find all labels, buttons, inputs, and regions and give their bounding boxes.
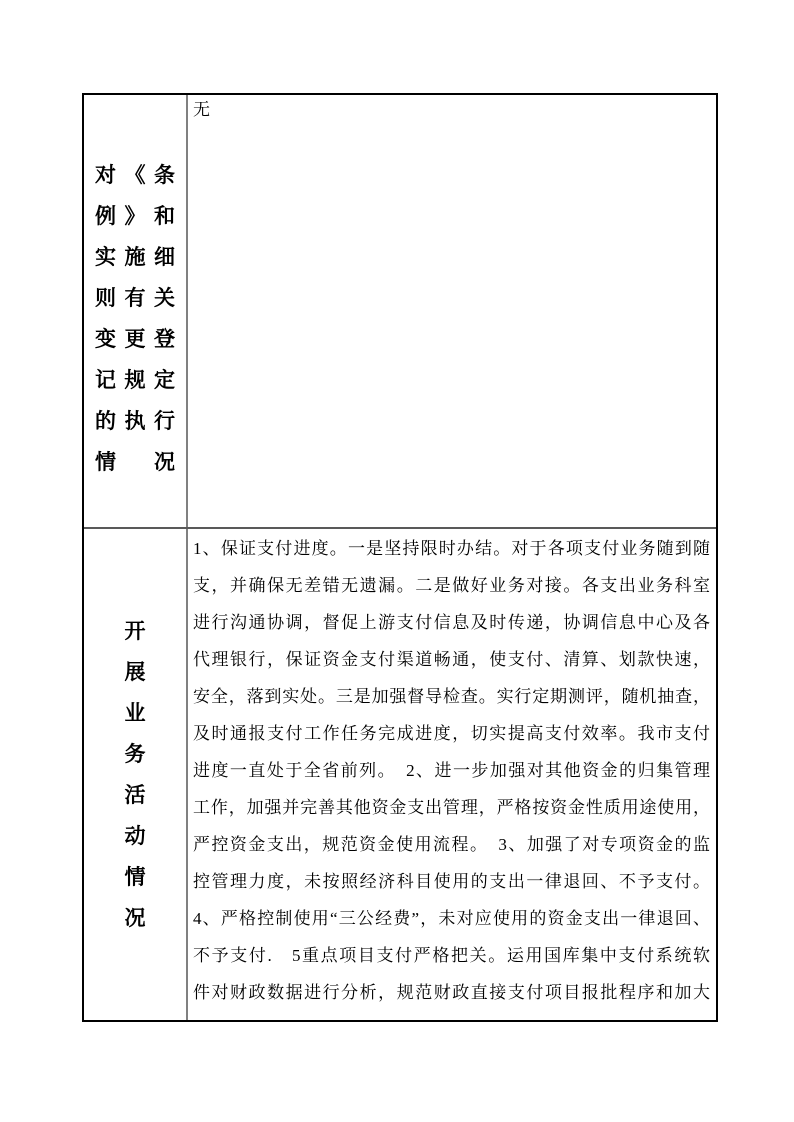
content-cell-business-activities: 1、保证支付进度。一是坚持限时办结。对于各项支付业务随到随 支，并确保无差错无遗… <box>188 529 716 1020</box>
content-text-line: 工作，加强并完善其他资金支出管理，严格按资金性质用途使用， <box>193 789 710 826</box>
row-header-label-line: 例》和 <box>95 196 175 237</box>
row-header-label-line: 记规定 <box>95 360 175 401</box>
content-text-line: 进度一直处于全省前列。 2、进一步加强对其他资金的归集管理 <box>193 752 710 789</box>
row-header-label-line: 情 况 <box>95 442 175 483</box>
row-header-label-line: 对《条 <box>95 155 175 196</box>
row-header-label-line: 实施细 <box>95 237 175 278</box>
content-text-line: 代理银行，保证资金支付渠道畅通，使支付、清算、划款快速， <box>193 641 710 678</box>
row-header-label-line: 变更登 <box>95 319 175 360</box>
row-header-label-line: 业 <box>95 693 175 734</box>
row-header-label-line: 务 <box>95 734 175 775</box>
content-text-line: 1、保证支付进度。一是坚持限时办结。对于各项支付业务随到随 <box>193 530 710 567</box>
row-header-label-line: 的执行 <box>95 401 175 442</box>
content-text-line: 安全，落到实处。三是加强督导检查。实行定期测评，随机抽查， <box>193 678 710 715</box>
row-header-cell-business-activities: 开 展 业 务 活 动 情 况 <box>84 529 188 1020</box>
row-header-label: 对《条 例》和 实施细 则有关 变更登 记规定 的执行 情 况 <box>95 155 175 483</box>
row-header-cell-regulation-execution: 对《条 例》和 实施细 则有关 变更登 记规定 的执行 情 况 <box>84 95 188 527</box>
content-text-line: 无 <box>193 99 710 121</box>
content-text-line: 4、严格控制使用“三公经费”，未对应使用的资金支出一律退回、 <box>193 900 710 937</box>
content-cell-regulation-execution: 无 <box>188 95 716 527</box>
content-text-line: 不予支付. 5重点项目支付严格把关。运用国库集中支付系统软 <box>193 937 710 974</box>
content-text-line: 件对财政数据进行分析，规范财政直接支付项目报批程序和加大 <box>193 974 710 1011</box>
document-page: 对《条 例》和 实施细 则有关 变更登 记规定 的执行 情 况 无 开 展 <box>0 0 794 1122</box>
row-header-label-line: 活 <box>95 775 175 816</box>
row-header-label-line: 况 <box>95 898 175 939</box>
content-text-line: 控管理力度，未按照经济科目使用的支出一律退回、不予支付。 <box>193 863 710 900</box>
annual-report-table: 对《条 例》和 实施细 则有关 变更登 记规定 的执行 情 况 无 开 展 <box>82 93 718 1022</box>
table-row-regulation-execution: 对《条 例》和 实施细 则有关 变更登 记规定 的执行 情 况 无 <box>84 95 716 529</box>
table-row-business-activities: 开 展 业 务 活 动 情 况 1、保证支付进度。一是坚持限时办结。对于各项支付… <box>84 529 716 1020</box>
row-header-label-line: 情 <box>95 857 175 898</box>
row-header-label: 开 展 业 务 活 动 情 况 <box>95 611 175 939</box>
row-header-label-line: 开 <box>95 611 175 652</box>
row-header-label-line: 展 <box>95 652 175 693</box>
row-header-label-line: 则有关 <box>95 278 175 319</box>
content-text-line: 进行沟通协调，督促上游支付信息及时传递，协调信息中心及各 <box>193 604 710 641</box>
row-header-label-line: 动 <box>95 816 175 857</box>
content-text-line: 及时通报支付工作任务完成进度，切实提高支付效率。我市支付 <box>193 715 710 752</box>
content-text-line: 严控资金支出，规范资金使用流程。 3、加强了对专项资金的监 <box>193 826 710 863</box>
content-text-line: 支，并确保无差错无遗漏。二是做好业务对接。各支出业务科室 <box>193 567 710 604</box>
